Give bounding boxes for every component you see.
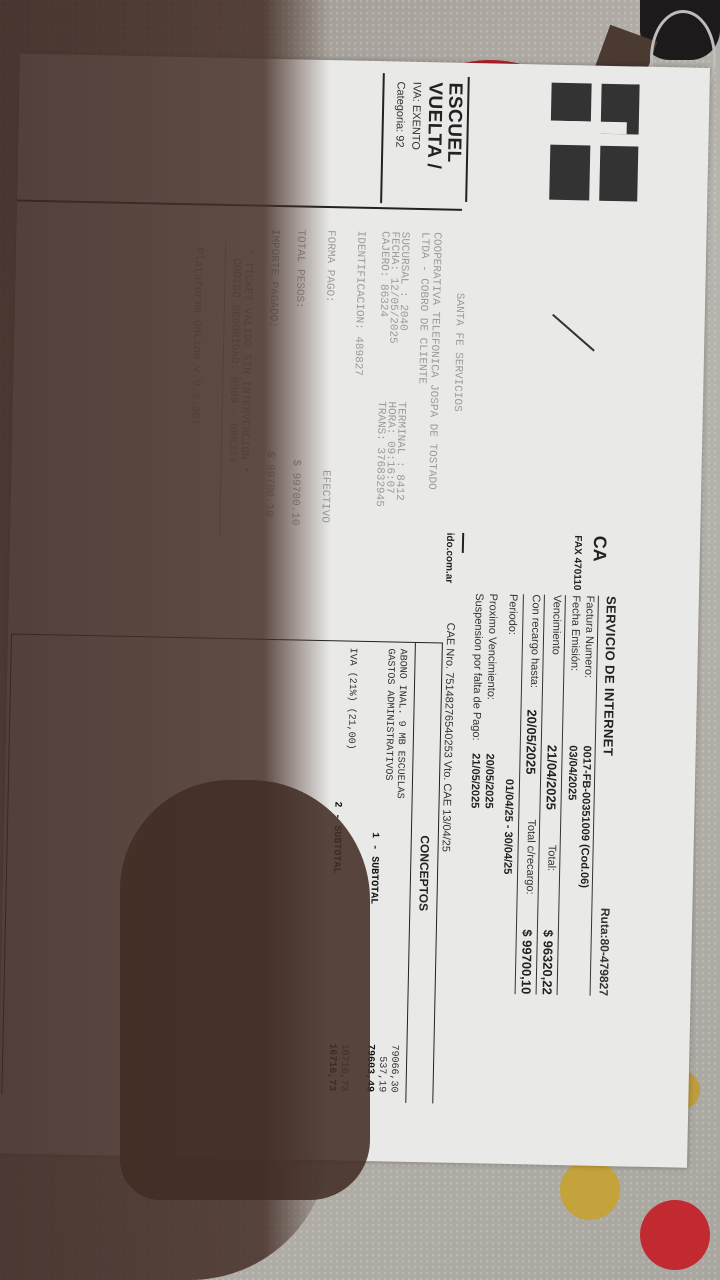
category: Categoria: 92 (390, 81, 409, 201)
next-due-label: Proximo Vencimiento: (485, 593, 499, 700)
iva-line: IVA (21%) (21,00) (345, 648, 358, 750)
due-date: 21/04/2025 (543, 745, 559, 810)
subtotal-2-label: 2 - SUBTOTAL (330, 801, 343, 873)
org-name-line1: ESCUEL (442, 82, 465, 202)
total-amount: $ 96320,22 (540, 930, 556, 995)
ticket-cashier: CAJERO: 86324 (377, 231, 391, 317)
invoice-sheet: ESCUEL VUELTA / IVA: EXENTO Categoria: 9… (0, 54, 710, 1168)
invoice-number-label: Factura Numero: (582, 595, 596, 678)
concept-amount: 537,19 (375, 1056, 387, 1092)
iva-condition: IVA: EXENTO (406, 82, 425, 202)
payment-method: EFECTIVO (318, 470, 331, 523)
website-fragment: ido.com.ar (443, 533, 455, 584)
iva-amount: 16716,73 (337, 1043, 349, 1091)
issue-date-label: Fecha Emisión: (568, 595, 582, 671)
total-label: Total: (545, 845, 558, 872)
flower-decoration (560, 1160, 620, 1220)
route-number: Ruta:80-479827 (597, 908, 613, 996)
amount-paid: $ 99700.10 (263, 451, 276, 517)
subtotal-2-amount: 16716,73 (325, 1043, 337, 1091)
invoice-details: SERVICIO DE INTERNET Ruta:80-479827 Fact… (435, 593, 619, 997)
concepts-table: CONCEPTOS ABONO INAL. 9 MB ESCUELAS GAST… (1, 633, 443, 1103)
surcharge-total-label: Total c/recargo: (524, 819, 538, 894)
period-label: Periodo: (506, 594, 519, 635)
surcharge-date: 20/05/2025 (523, 709, 539, 774)
subtotal-1-label: 1 - SUBTOTAL (367, 832, 380, 904)
payment-method-label: FORMA PAGO: (323, 230, 337, 303)
concept-item: ABONO INAL. 9 MB ESCUELAS (394, 649, 408, 799)
org-name-line2: VUELTA / (422, 82, 445, 202)
fax-number: FAX 470110 (571, 535, 583, 590)
issue-date: 03/04/2025 (566, 745, 579, 800)
header-fragment: CA (589, 536, 611, 562)
subtotal-1-amount: 79603,49 (363, 1044, 375, 1092)
next-due-date: 20/05/2025 (482, 753, 495, 808)
period: 01/04/25 - 30/04/25 (501, 779, 515, 875)
ticket-header: SANTA FE SERVICIOS (451, 293, 465, 412)
due-date-label: Vencimiento (550, 595, 563, 655)
school-info: ESCUEL VUELTA / IVA: EXENTO Categoria: 9… (390, 81, 464, 202)
ticket-transaction: TRANS: 376832945 (373, 401, 387, 507)
total-pesos: $ 99700.10 (288, 459, 301, 525)
surcharge-total: $ 99700,10 (519, 929, 535, 994)
total-pesos-label: TOTAL PESOS: (293, 229, 307, 308)
suspension-date: 21/05/2025 (468, 753, 481, 808)
amount-paid-label: IMPORTE PAGADO: (266, 229, 280, 328)
concept-amount: 79066,30 (387, 1044, 399, 1092)
company-logo-icon (547, 83, 639, 205)
invoice-number: 0017-FB-00351009 (Cod.06) (578, 745, 593, 888)
surcharge-date-label: Con recargo hasta: (528, 594, 542, 688)
flower-decoration (640, 1200, 710, 1270)
